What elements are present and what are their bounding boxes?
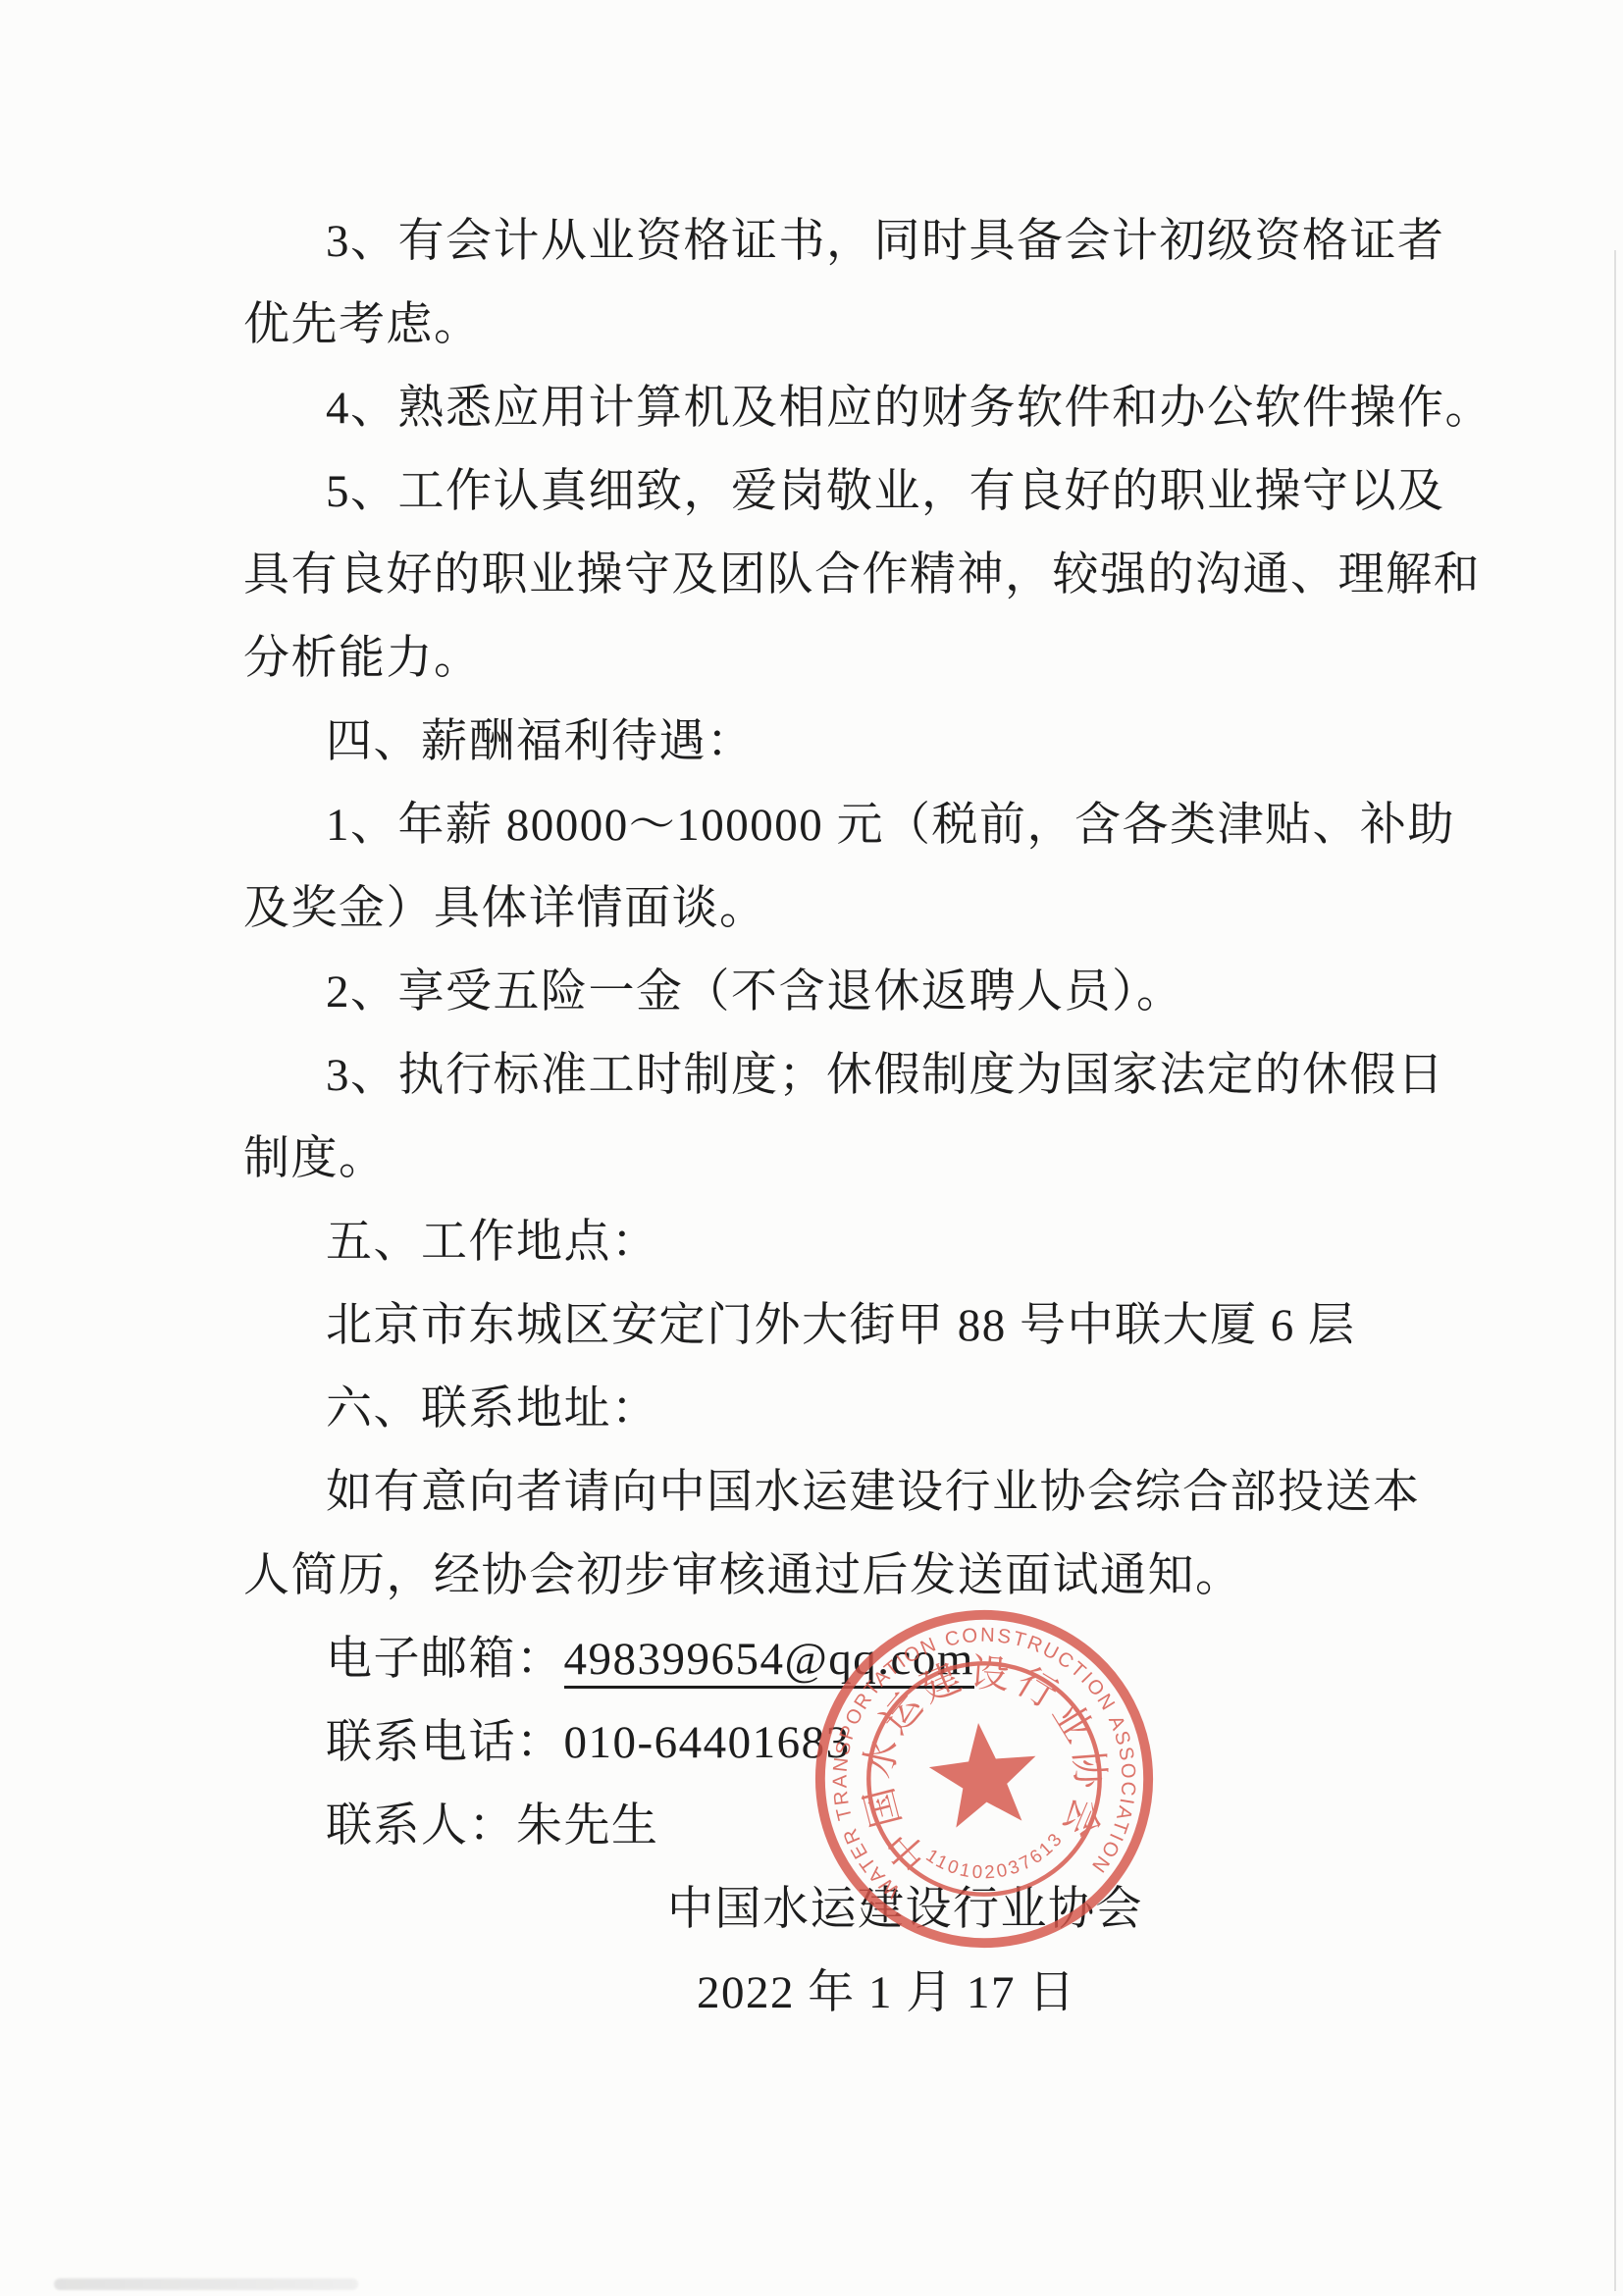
section-heading-salary: 四、薪酬福利待遇： [243,701,1486,784]
body-line-10: 2、享受五险一金（不含退休返聘人员）。 [243,951,1486,1034]
email-label: 电子邮箱： [326,1634,564,1685]
body-line-16: 如有意向者请向中国水运建设行业协会综合部投送本 [243,1451,1486,1535]
body-line-12: 制度。 [243,1118,1486,1201]
body-line-2: 优先考虑。 [243,284,1486,367]
signature-date: 2022 年 1 月 17 日 [697,1952,1486,2035]
body-line-6: 分析能力。 [243,617,1486,701]
scanned-document-page: 3、有会计从业资格证书，同时具备会计初级资格证者 优先考虑。 4、熟悉应用计算机… [0,0,1623,2296]
section-heading-location: 五、工作地点： [243,1201,1486,1284]
body-line-4: 5、工作认真细致，爱岗敬业，有良好的职业操守以及 [243,450,1486,534]
section-heading-contact: 六、联系地址： [243,1368,1486,1451]
body-line-8: 1、年薪 80000～100000 元（税前，含各类津贴、补助 [243,784,1486,867]
body-line-5: 具有良好的职业操守及团队合作精神，较强的沟通、理解和 [243,534,1486,617]
email-address: 498399654@qq.com [564,1634,974,1689]
signature-organization: 中国水运建设行业协会 [667,1868,1486,1952]
scan-edge-artifact [1614,250,1616,2291]
address-line: 北京市东城区安定门外大街甲 88 号中联大厦 6 层 [243,1284,1486,1368]
body-line-9: 及奖金）具体详情面谈。 [243,867,1486,951]
contact-person-line: 联系人：朱先生 [243,1785,1486,1868]
body-line-1: 3、有会计从业资格证书，同时具备会计初级资格证者 [243,200,1486,284]
document-body: 3、有会计从业资格证书，同时具备会计初级资格证者 优先考虑。 4、熟悉应用计算机… [0,200,1623,2035]
body-line-17: 人简历，经协会初步审核通过后发送面试通知。 [243,1535,1486,1618]
phone-line: 联系电话：010-64401683 [243,1701,1486,1785]
body-line-11: 3、执行标准工时制度；休假制度为国家法定的休假日 [243,1034,1486,1118]
body-line-3: 4、熟悉应用计算机及相应的财务软件和办公软件操作。 [243,367,1486,450]
scan-smudge-artifact [54,2278,358,2290]
email-line: 电子邮箱：498399654@qq.com [243,1618,1486,1701]
